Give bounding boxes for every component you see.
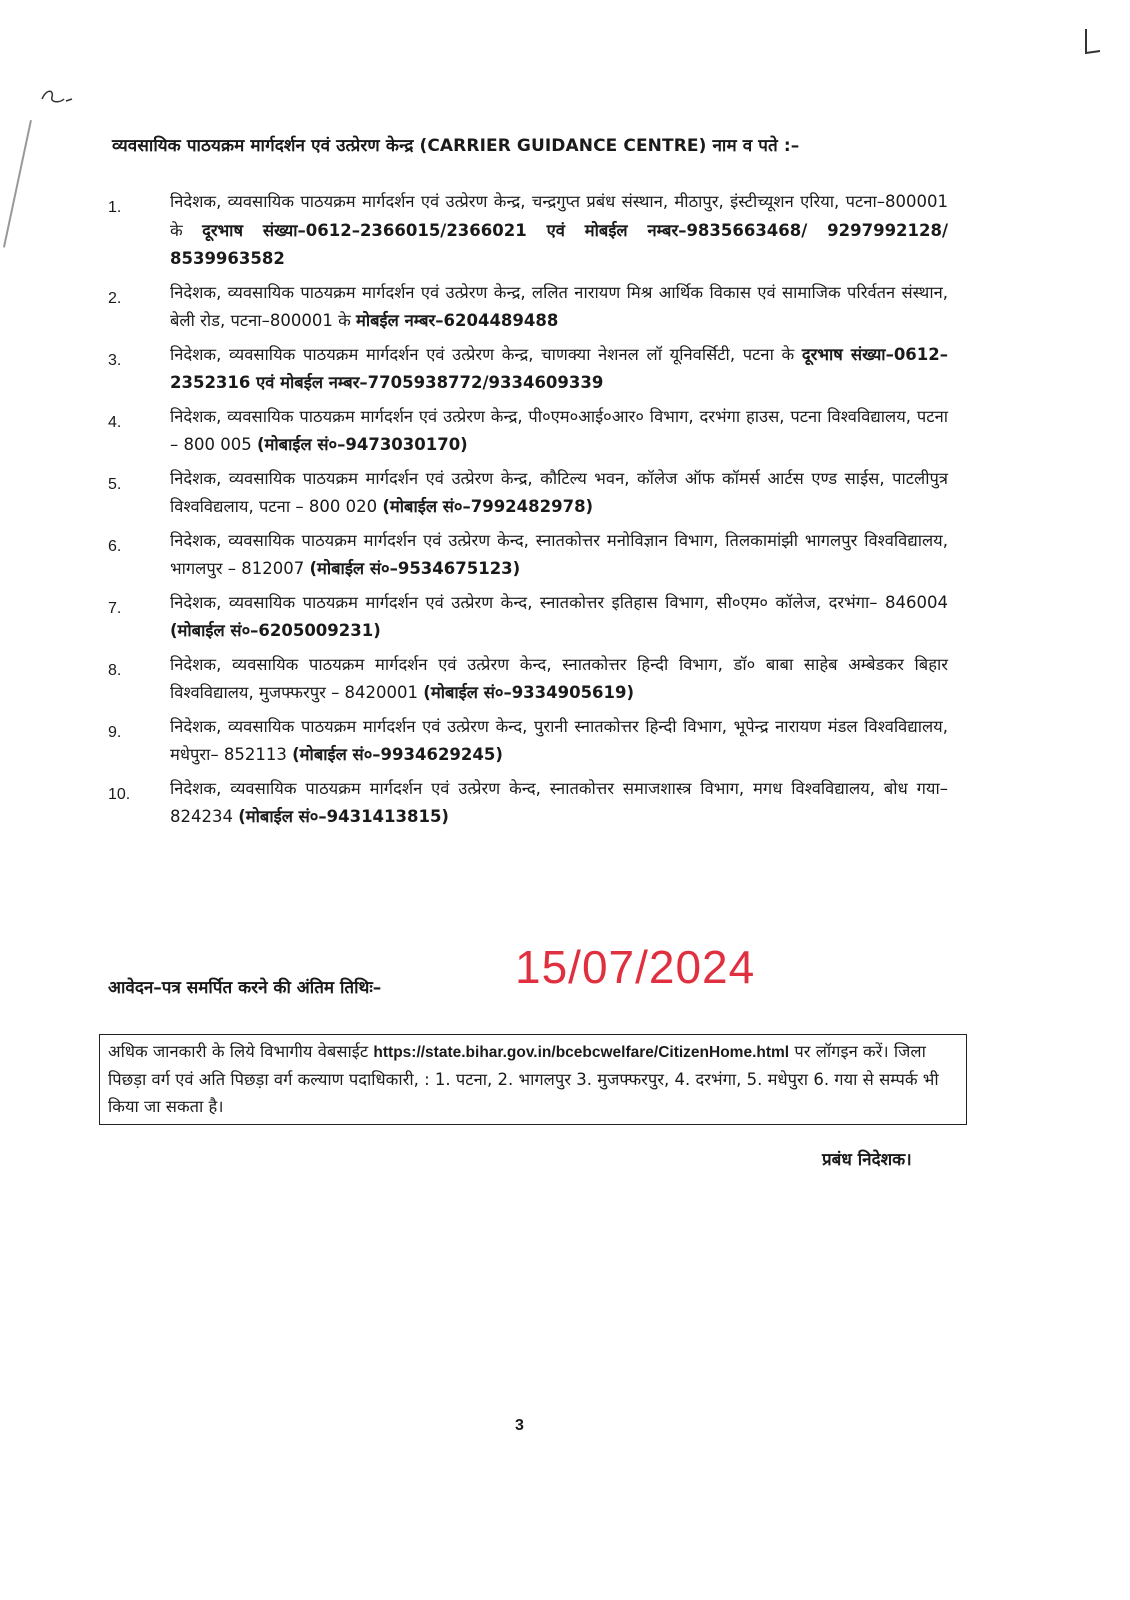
deadline-label: आवेदन–पत्र समर्पित करने की अंतिम तिथिः– — [108, 975, 381, 998]
item-number: 10. — [108, 775, 170, 832]
list-item: 6.निदेशक, व्यवसायिक पाठयक्रम मार्गदर्शन … — [108, 527, 948, 584]
signature: प्रबंध निदेशक। — [822, 1147, 912, 1170]
centre-contact: (मोबाईल सं०–9473030170) — [257, 435, 468, 454]
item-text: निदेशक, व्यवसायिक पाठयक्रम मार्गदर्शन एव… — [170, 527, 948, 584]
list-item: 9.निदेशक, व्यवसायिक पाठयक्रम मार्गदर्शन … — [108, 713, 948, 770]
list-item: 3.निदेशक, व्यवसायिक पाठयक्रम मार्गदर्शन … — [108, 341, 948, 398]
item-text: निदेशक, व्यवसायिक पाठयक्रम मार्गदर्शन एव… — [170, 465, 948, 522]
item-number: 1. — [108, 188, 170, 274]
item-text: निदेशक, व्यवसायिक पाठयक्रम मार्गदर्शन एव… — [170, 279, 948, 336]
centre-contact: (मोबाईल सं०–9334905619) — [423, 683, 634, 702]
centre-address: निदेशक, व्यवसायिक पाठयक्रम मार्गदर्शन एव… — [170, 593, 948, 612]
list-item: 5.निदेशक, व्यवसायिक पाठयक्रम मार्गदर्शन … — [108, 465, 948, 522]
list-item: 10.निदेशक, व्यवसायिक पाठयक्रम मार्गदर्शन… — [108, 775, 948, 832]
list-item: 8.निदेशक, व्यवसायिक पाठयक्रम मार्गदर्शन … — [108, 651, 948, 708]
info-prefix: अधिक जानकारी के लिये विभागीय वेबसाईट — [108, 1042, 373, 1061]
website-link[interactable]: https://state.bihar.gov.in/bcebcwelfare/… — [373, 1044, 789, 1061]
centre-contact: (मोबाईल सं०–9431413815) — [238, 807, 449, 826]
list-item: 2.निदेशक, व्यवसायिक पाठयक्रम मार्गदर्शन … — [108, 279, 948, 336]
centre-address: निदेशक, व्यवसायिक पाठयक्रम मार्गदर्शन एव… — [170, 717, 948, 765]
item-number: 8. — [108, 651, 170, 708]
item-number: 7. — [108, 589, 170, 646]
centre-address: निदेशक, व्यवसायिक पाठयक्रम मार्गदर्शन एव… — [170, 345, 802, 364]
deadline-date: 15/07/2024 — [515, 940, 755, 994]
item-number: 3. — [108, 341, 170, 398]
item-text: निदेशक, व्यवसायिक पाठयक्रम मार्गदर्शन एव… — [170, 403, 948, 460]
centre-address: निदेशक, व्यवसायिक पाठयक्रम मार्गदर्शन एव… — [170, 283, 948, 331]
item-text: निदेशक, व्यवसायिक पाठयक्रम मार्गदर्शन एव… — [170, 713, 948, 770]
section-heading: व्यवसायिक पाठयक्रम मार्गदर्शन एवं उत्प्र… — [112, 133, 799, 156]
centre-contact: दूरभाष संख्या–0612–2366015/2366021 एवं म… — [170, 221, 948, 269]
centre-contact: मोबईल नम्बर–6204489488 — [356, 311, 558, 330]
scan-margin-line — [3, 120, 32, 248]
item-number: 2. — [108, 279, 170, 336]
page-number: 3 — [515, 1417, 524, 1435]
handwritten-mark — [1080, 25, 1110, 60]
item-text: निदेशक, व्यवसायिक पाठयक्रम मार्गदर्शन एव… — [170, 188, 948, 274]
list-item: 1.निदेशक, व्यवसायिक पाठयक्रम मार्गदर्शन … — [108, 188, 948, 274]
list-item: 4.निदेशक, व्यवसायिक पाठयक्रम मार्गदर्शन … — [108, 403, 948, 460]
item-number: 9. — [108, 713, 170, 770]
handwritten-mark — [38, 85, 78, 110]
document-page: व्यवसायिक पाठयक्रम मार्गदर्शन एवं उत्प्र… — [0, 0, 1130, 1600]
centre-contact: (मोबाईल सं०–7992482978) — [382, 497, 593, 516]
item-number: 6. — [108, 527, 170, 584]
item-text: निदेशक, व्यवसायिक पाठयक्रम मार्गदर्शन एव… — [170, 341, 948, 398]
centre-contact: (मोबाईल सं०–6205009231) — [170, 621, 381, 640]
item-number: 4. — [108, 403, 170, 460]
info-box: अधिक जानकारी के लिये विभागीय वेबसाईट htt… — [99, 1034, 967, 1125]
item-text: निदेशक, व्यवसायिक पाठयक्रम मार्गदर्शन एव… — [170, 775, 948, 832]
list-item: 7.निदेशक, व्यवसायिक पाठयक्रम मार्गदर्शन … — [108, 589, 948, 646]
centre-address: निदेशक, व्यवसायिक पाठयक्रम मार्गदर्शन एव… — [170, 531, 948, 579]
item-number: 5. — [108, 465, 170, 522]
item-text: निदेशक, व्यवसायिक पाठयक्रम मार्गदर्शन एव… — [170, 589, 948, 646]
centre-contact: (मोबाईल सं०–9534675123) — [309, 559, 520, 578]
centre-list: 1.निदेशक, व्यवसायिक पाठयक्रम मार्गदर्शन … — [108, 188, 948, 837]
centre-contact: (मोबाईल सं०–9934629245) — [292, 745, 503, 764]
item-text: निदेशक, व्यवसायिक पाठयक्रम मार्गदर्शन एव… — [170, 651, 948, 708]
